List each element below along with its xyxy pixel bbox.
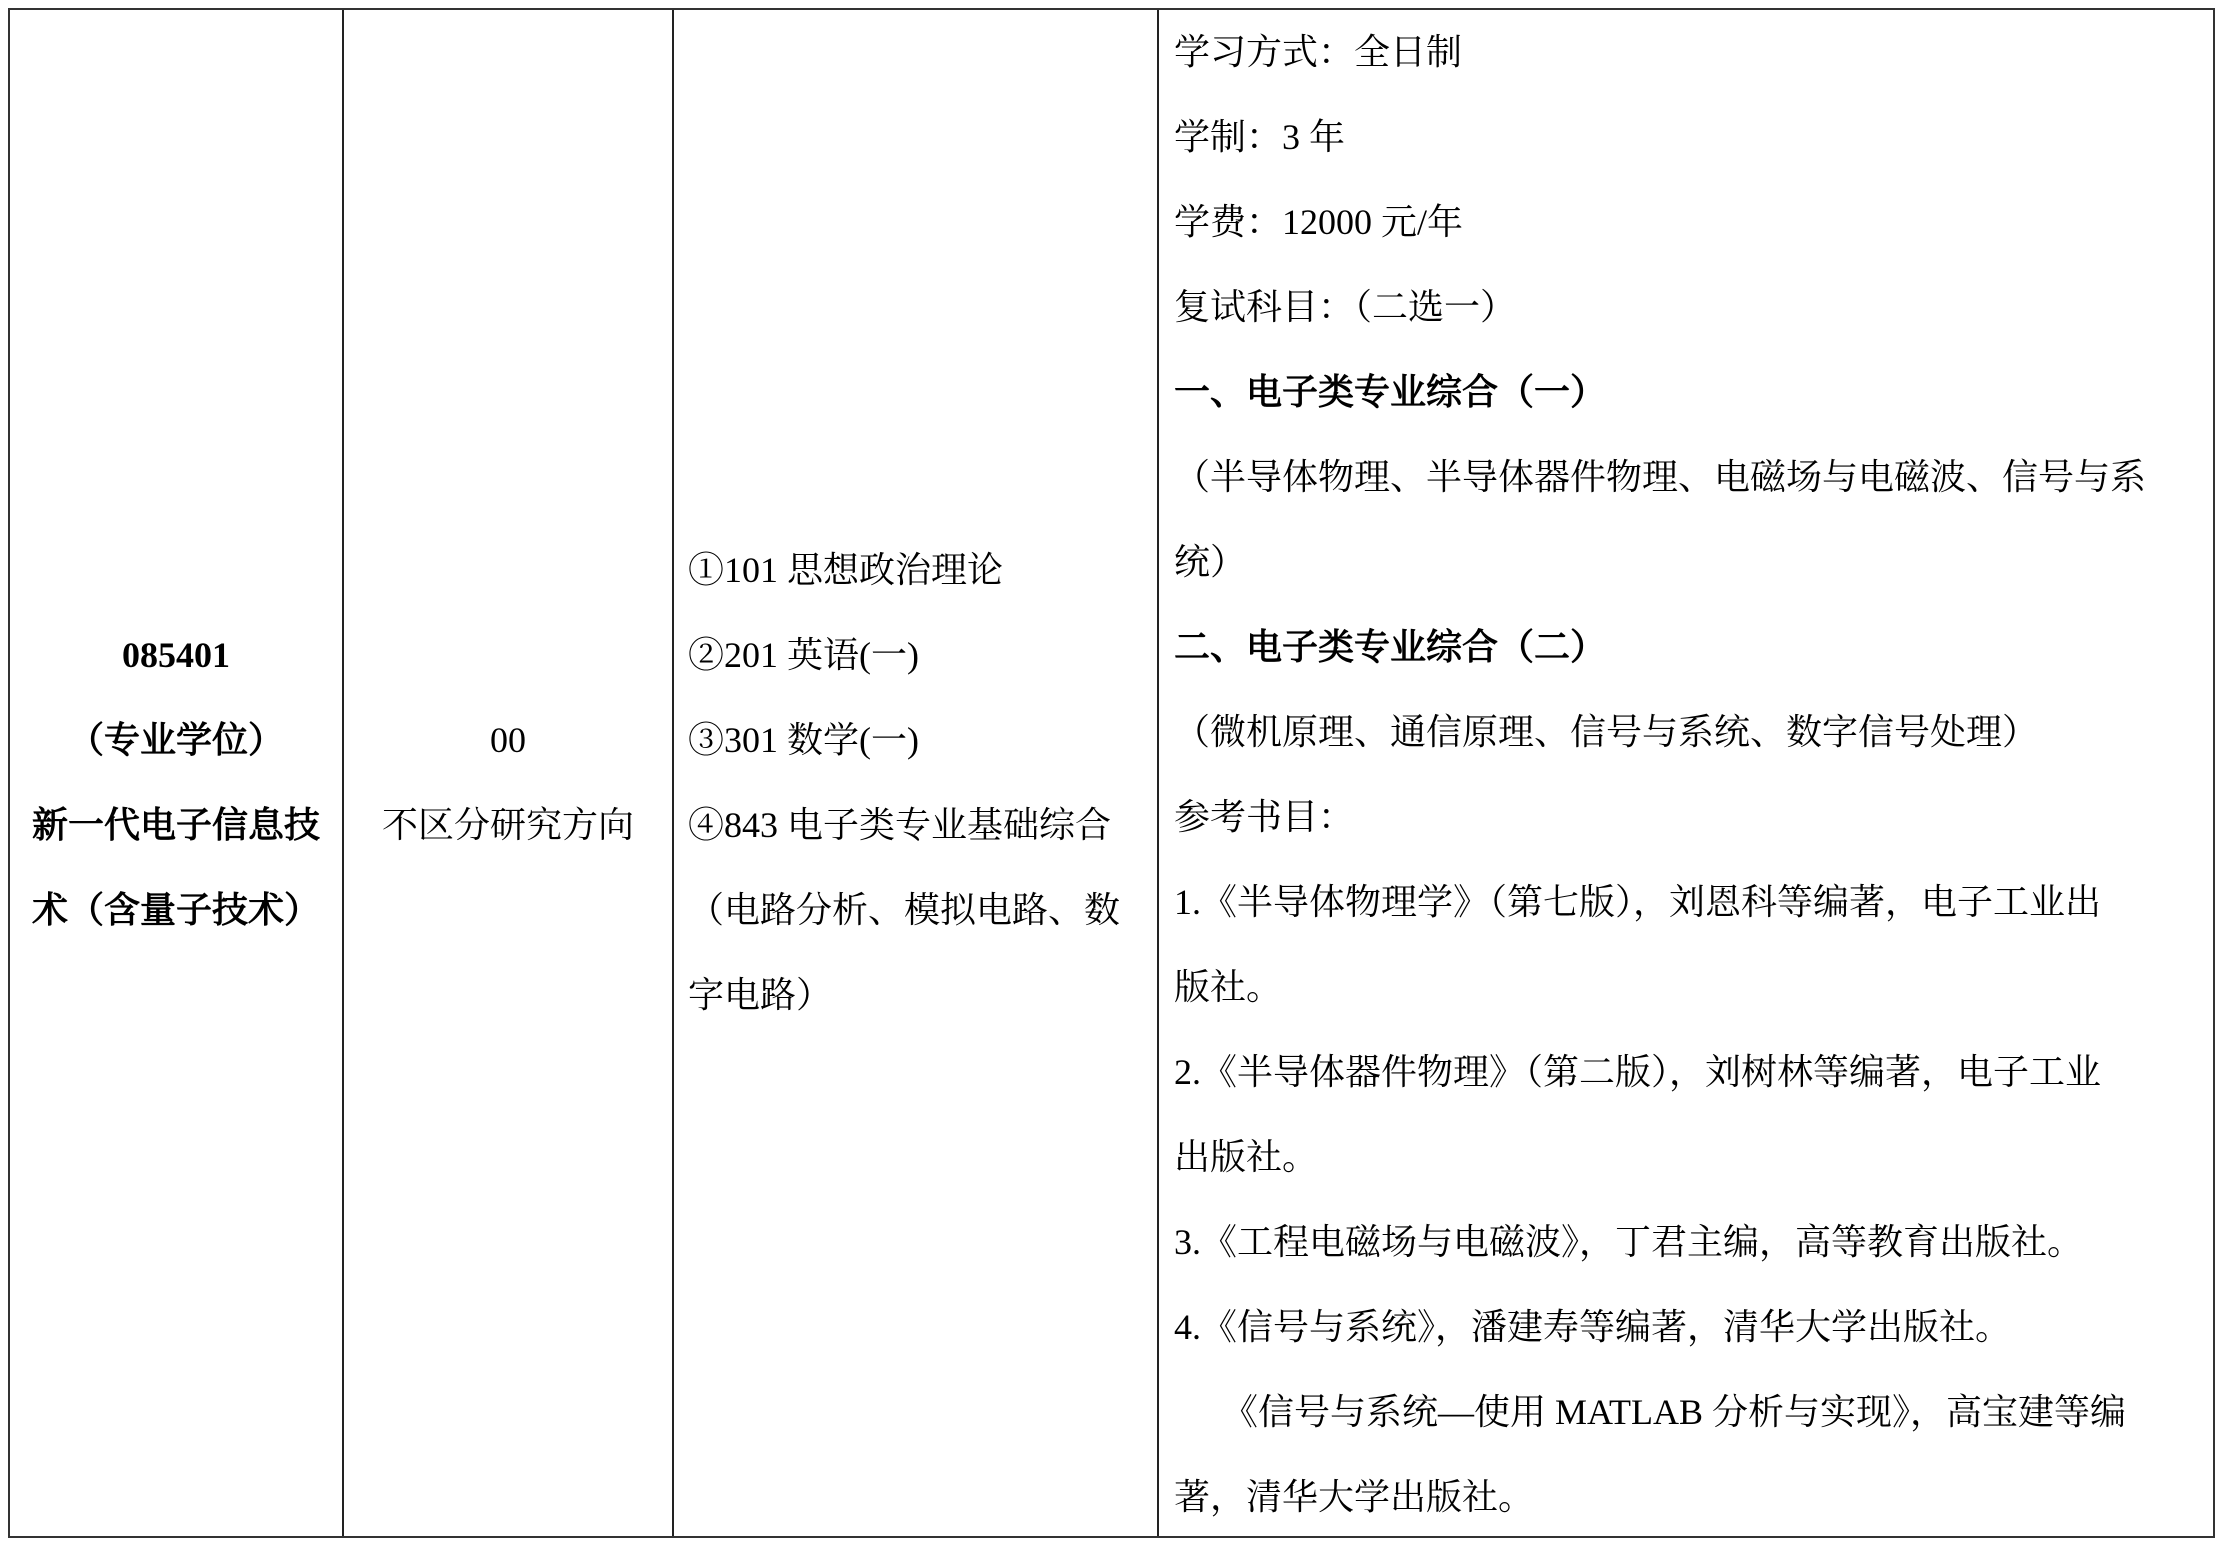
- reference-item: 出版社。: [1174, 1115, 2213, 1200]
- exam-subject-detail: 字电路）: [688, 953, 1157, 1038]
- exam-subject: ④843 电子类专业基础综合: [688, 783, 1157, 868]
- column-divider: [672, 10, 674, 1536]
- reference-item: 2.《半导体器件物理》（第二版），刘树林等编著，电子工业: [1174, 1030, 2213, 1115]
- program-cell: 085401 （专业学位） 新一代电子信息技 术（含量子技术）: [10, 10, 342, 1536]
- retest-option1-desc: 统）: [1174, 520, 2213, 605]
- reference-item: 著，清华大学出版社。: [1174, 1455, 2213, 1540]
- degree-type: （专业学位）: [10, 698, 342, 783]
- notes-cell: 学习方式：全日制 学制：3 年 学费：12000 元/年 复试科目：（二选一） …: [1174, 10, 2213, 1536]
- program-code: 085401: [10, 613, 342, 698]
- exam-subject: ②201 英语(一): [688, 613, 1157, 698]
- retest-option1-desc: （半导体物理、半导体器件物理、电磁场与电磁波、信号与系: [1174, 435, 2213, 520]
- retest-option2-title: 二、电子类专业综合（二）: [1174, 605, 2213, 690]
- program-table: 085401 （专业学位） 新一代电子信息技 术（含量子技术） 00 不区分研究…: [8, 8, 2215, 1538]
- references-header: 参考书目：: [1174, 775, 2213, 860]
- exam-subject-detail: （电路分析、模拟电路、数: [688, 868, 1157, 953]
- direction-label: 不区分研究方向: [344, 783, 672, 868]
- reference-item: 1.《半导体物理学》（第七版），刘恩科等编著，电子工业出: [1174, 860, 2213, 945]
- reference-item: 《信号与系统—使用 MATLAB 分析与实现》，高宝建等编: [1174, 1370, 2213, 1455]
- retest-option1-title: 一、电子类专业综合（一）: [1174, 350, 2213, 435]
- reference-item: 4.《信号与系统》，潘建寿等编著，清华大学出版社。: [1174, 1285, 2213, 1370]
- retest-header: 复试科目：（二选一）: [1174, 265, 2213, 350]
- program-name-line2: 术（含量子技术）: [10, 868, 342, 953]
- exam-subjects-cell: ①101 思想政治理论 ②201 英语(一) ③301 数学(一) ④843 电…: [688, 10, 1157, 1536]
- direction-code: 00: [344, 698, 672, 783]
- reference-item: 3.《工程电磁场与电磁波》，丁君主编，高等教育出版社。: [1174, 1200, 2213, 1285]
- reference-item: 版社。: [1174, 945, 2213, 1030]
- duration: 学制：3 年: [1174, 95, 2213, 180]
- exam-subject: ①101 思想政治理论: [688, 528, 1157, 613]
- tuition: 学费：12000 元/年: [1174, 180, 2213, 265]
- retest-option2-desc: （微机原理、通信原理、信号与系统、数字信号处理）: [1174, 690, 2213, 775]
- program-name-line1: 新一代电子信息技: [10, 783, 342, 868]
- exam-subject: ③301 数学(一): [688, 698, 1157, 783]
- column-divider: [1157, 10, 1159, 1536]
- direction-cell: 00 不区分研究方向: [344, 10, 672, 1536]
- study-mode: 学习方式：全日制: [1174, 10, 2213, 95]
